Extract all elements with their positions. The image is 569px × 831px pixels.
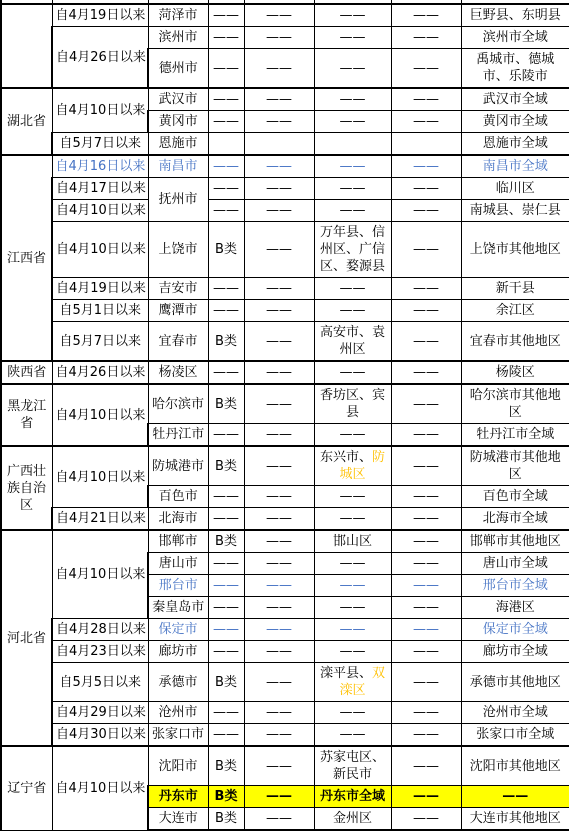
cell-col7: —— xyxy=(391,786,461,808)
cell-date: 自4月26日以来 xyxy=(52,27,148,89)
cell-counties: —— xyxy=(314,597,391,619)
cell-counties: —— xyxy=(314,278,391,300)
table-row: 自4月30日以来张家口市————————张家口市全域 xyxy=(1,724,569,747)
cell-city: 德州市 xyxy=(148,49,208,89)
cell-date: 自4月21日以来 xyxy=(52,508,148,531)
cell-counties: —— xyxy=(314,553,391,575)
cell-counties: 滦平县、双滦区 xyxy=(314,663,391,702)
table-row: 自5月1日以来鹰潭市————————余江区 xyxy=(1,300,569,322)
cell-province: 江西省 xyxy=(1,155,52,361)
cell-category: —— xyxy=(208,88,244,111)
cell-col7: —— xyxy=(391,724,461,747)
table-row: 自4月23日以来廊坊市————————廊坊市全域 xyxy=(1,641,569,663)
cell-counties: 丹东市全域 xyxy=(314,786,391,808)
cell-region: 滨州市全域 xyxy=(461,27,569,49)
cell-city: 保定市 xyxy=(148,619,208,641)
cell-counties: —— xyxy=(314,486,391,508)
cell-col5: —— xyxy=(244,446,314,486)
cell-category xyxy=(208,133,244,156)
cell-col5: —— xyxy=(244,200,314,222)
cell-city: 吉安市 xyxy=(148,278,208,300)
cell-counties: —— xyxy=(314,155,391,178)
cell-city: 沈阳市 xyxy=(148,746,208,786)
cell-col7: —— xyxy=(391,278,461,300)
cell-date: 自4月10日以来 xyxy=(52,746,148,830)
cell-city: 邯郸市 xyxy=(148,530,208,553)
cell-date: 自4月10日以来 xyxy=(52,222,148,278)
cell-region: 张家口市全域 xyxy=(461,724,569,747)
cell-date: 自5月1日以来 xyxy=(52,300,148,322)
text-segment: 滦平县、 xyxy=(320,666,372,681)
cell-counties: —— xyxy=(314,702,391,724)
cell-region: 保定市全域 xyxy=(461,619,569,641)
cell-region: —— xyxy=(461,786,569,808)
cell-region: 唐山市全域 xyxy=(461,553,569,575)
risk-area-table: 自4月19日以来菏泽市————————巨野县、东明县自4月26日以来滨州市———… xyxy=(0,0,569,831)
cell-counties: 金州区 xyxy=(314,808,391,831)
cell-category: —— xyxy=(208,575,244,597)
cell-region: 防城港市其他地区 xyxy=(461,446,569,486)
cell-category: —— xyxy=(208,278,244,300)
cell-city: 廊坊市 xyxy=(148,641,208,663)
cell-city: 南昌市 xyxy=(148,155,208,178)
cell-city: 防城港市 xyxy=(148,446,208,486)
cell-region: 百色市全域 xyxy=(461,486,569,508)
table-row: 辽宁省自4月10日以来沈阳市B类——苏家屯区、新民市——沈阳市其他地区 xyxy=(1,746,569,786)
cell-col5: —— xyxy=(244,746,314,786)
cell-col5: —— xyxy=(244,222,314,278)
table-row: 自4月10日以来————————南城县、崇仁县 xyxy=(1,200,569,222)
cell-region: 南昌市全域 xyxy=(461,155,569,178)
cell-col7: —— xyxy=(391,222,461,278)
cell-region: 余江区 xyxy=(461,300,569,322)
cell-col7: —— xyxy=(391,808,461,831)
cell-col7: —— xyxy=(391,530,461,553)
cell-category: —— xyxy=(208,4,244,27)
cell-city: 武汉市 xyxy=(148,88,208,111)
cell-col5: —— xyxy=(244,424,314,447)
cell-counties: 高安市、袁州区 xyxy=(314,322,391,362)
table-row: 自4月19日以来吉安市————————新干县 xyxy=(1,278,569,300)
cell-region: 新干县 xyxy=(461,278,569,300)
table-row: 自4月26日以来滨州市————————滨州市全域 xyxy=(1,27,569,49)
cell-category: —— xyxy=(208,178,244,200)
cell-category: —— xyxy=(208,641,244,663)
cell-col5: —— xyxy=(244,4,314,27)
cell-col5: —— xyxy=(244,322,314,362)
cell-counties: —— xyxy=(314,88,391,111)
cell-col5: —— xyxy=(244,27,314,49)
cell-date: 自4月30日以来 xyxy=(52,724,148,747)
cell-col7: —— xyxy=(391,4,461,27)
cell-date: 自4月17日以来 xyxy=(52,178,148,200)
cell-region: 临川区 xyxy=(461,178,569,200)
cell-date: 自4月10日以来 xyxy=(52,446,148,508)
cell-category: —— xyxy=(208,619,244,641)
cell-region: 禹城市、德城市、乐陵市 xyxy=(461,49,569,89)
table-row: 自4月29日以来沧州市————————沧州市全域 xyxy=(1,702,569,724)
cell-category: —— xyxy=(208,361,244,384)
cell-counties: 万年县、信州区、广信区、婺源县 xyxy=(314,222,391,278)
cell-category: —— xyxy=(208,724,244,747)
table-row: 自5月5日以来承德市B类——滦平县、双滦区——承德市其他地区 xyxy=(1,663,569,702)
cell-col7: —— xyxy=(391,553,461,575)
cell-region: 恩施市全域 xyxy=(461,133,569,156)
cell-date: 自5月5日以来 xyxy=(52,663,148,702)
table-row: 自5月7日以来宜春市B类——高安市、袁州区——宜春市其他地区 xyxy=(1,322,569,362)
cell-date: 自4月19日以来 xyxy=(52,4,148,27)
cell-category: B类 xyxy=(208,384,244,424)
cell-col7: —— xyxy=(391,27,461,49)
cell-category: —— xyxy=(208,155,244,178)
cell-category: —— xyxy=(208,597,244,619)
cell-col7: —— xyxy=(391,702,461,724)
cell-date: 自4月28日以来 xyxy=(52,619,148,641)
cell-col5: —— xyxy=(244,49,314,89)
cell-region: 沈阳市其他地区 xyxy=(461,746,569,786)
cell-region: 南城县、崇仁县 xyxy=(461,200,569,222)
cell-city: 张家口市 xyxy=(148,724,208,747)
cell-city: 滨州市 xyxy=(148,27,208,49)
cell-counties: —— xyxy=(314,300,391,322)
cell-col5: —— xyxy=(244,278,314,300)
cell-date: 自4月23日以来 xyxy=(52,641,148,663)
cell-col5: —— xyxy=(244,597,314,619)
cell-city: 秦皇岛市 xyxy=(148,597,208,619)
cell-category: —— xyxy=(208,424,244,447)
table-row: 湖北省自4月10日以来武汉市————————武汉市全域 xyxy=(1,88,569,111)
cell-col5: —— xyxy=(244,508,314,531)
table-row: 自4月28日以来保定市————————保定市全域 xyxy=(1,619,569,641)
cell-category: —— xyxy=(208,508,244,531)
table-row: 江西省自4月16日以来南昌市————————南昌市全域 xyxy=(1,155,569,178)
cell-col5: —— xyxy=(244,702,314,724)
cell-city: 黄冈市 xyxy=(148,111,208,133)
cell-date: 自4月10日以来 xyxy=(52,530,148,619)
cell-date: 自4月16日以来 xyxy=(52,155,148,178)
cell-col7 xyxy=(391,133,461,156)
table-row: 自5月7日以来恩施市恩施市全域 xyxy=(1,133,569,156)
cell-region: 宜春市其他地区 xyxy=(461,322,569,362)
cell-city: 牡丹江市 xyxy=(148,424,208,447)
cell-col5: —— xyxy=(244,111,314,133)
cell-col7: —— xyxy=(391,178,461,200)
cell-col5: —— xyxy=(244,786,314,808)
cell-city: 哈尔滨市 xyxy=(148,384,208,424)
cell-category: B类 xyxy=(208,322,244,362)
cell-col5: —— xyxy=(244,155,314,178)
cell-col5: —— xyxy=(244,88,314,111)
cell-category: —— xyxy=(208,27,244,49)
cell-date: 自4月29日以来 xyxy=(52,702,148,724)
cell-counties: —— xyxy=(314,49,391,89)
table-row: 广西壮族自治区自4月10日以来防城港市B类——东兴市、防城区——防城港市其他地区 xyxy=(1,446,569,486)
cell-category: B类 xyxy=(208,808,244,831)
cell-category: B类 xyxy=(208,786,244,808)
cell-counties: 邯山区 xyxy=(314,530,391,553)
cell-col7: —— xyxy=(391,619,461,641)
cell-col5: —— xyxy=(244,486,314,508)
cell-counties: 苏家屯区、新民市 xyxy=(314,746,391,786)
cell-region: 杨陵区 xyxy=(461,361,569,384)
table-row: 河北省自4月10日以来邯郸市B类——邯山区——邯郸市其他地区 xyxy=(1,530,569,553)
cell-category: —— xyxy=(208,553,244,575)
cell-col5: —— xyxy=(244,724,314,747)
cell-city: 北海市 xyxy=(148,508,208,531)
cell-col7: —— xyxy=(391,361,461,384)
cell-counties: —— xyxy=(314,27,391,49)
cell-city: 沧州市 xyxy=(148,702,208,724)
cell-category: B类 xyxy=(208,663,244,702)
cell-counties: —— xyxy=(314,619,391,641)
cell-region: 上饶市其他地区 xyxy=(461,222,569,278)
cell-region: 承德市其他地区 xyxy=(461,663,569,702)
cell-region: 廊坊市全域 xyxy=(461,641,569,663)
cell-category: B类 xyxy=(208,222,244,278)
cell-category: B类 xyxy=(208,530,244,553)
cell-city: 抚州市 xyxy=(148,178,208,222)
cell-col5: —— xyxy=(244,384,314,424)
cell-col7: —— xyxy=(391,746,461,786)
cell-province: 湖北省 xyxy=(1,88,52,155)
table-row: 黑龙江省自4月10日以来哈尔滨市B类——香坊区、宾县——哈尔滨市其他地区 xyxy=(1,384,569,424)
cell-counties: —— xyxy=(314,4,391,27)
cell-category: —— xyxy=(208,702,244,724)
cell-col5: —— xyxy=(244,530,314,553)
cell-province: 辽宁省 xyxy=(1,746,52,830)
cell-col7: —— xyxy=(391,88,461,111)
cell-col5: —— xyxy=(244,641,314,663)
cell-counties: —— xyxy=(314,361,391,384)
cell-city: 大连市 xyxy=(148,808,208,831)
cell-col7: —— xyxy=(391,486,461,508)
cell-region: 大连市其他地区 xyxy=(461,808,569,831)
cell-city: 唐山市 xyxy=(148,553,208,575)
cell-category: B类 xyxy=(208,446,244,486)
cell-counties: —— xyxy=(314,508,391,531)
cell-city: 丹东市 xyxy=(148,786,208,808)
table-row: 自4月21日以来北海市————————北海市全域 xyxy=(1,508,569,531)
cell-region: 巨野县、东明县 xyxy=(461,4,569,27)
cell-date: 自4月10日以来 xyxy=(52,200,148,222)
cell-date: 自4月10日以来 xyxy=(52,88,148,133)
cell-col5: —— xyxy=(244,575,314,597)
cell-col7: —— xyxy=(391,575,461,597)
cell-date: 自5月7日以来 xyxy=(52,322,148,362)
cell-province: 黑龙江省 xyxy=(1,384,52,446)
cell-city: 邢台市 xyxy=(148,575,208,597)
cell-col5: —— xyxy=(244,808,314,831)
table-body: 自4月19日以来菏泽市————————巨野县、东明县自4月26日以来滨州市———… xyxy=(1,0,569,830)
cell-counties: 东兴市、防城区 xyxy=(314,446,391,486)
cell-region: 海港区 xyxy=(461,597,569,619)
cell-date: 自4月26日以来 xyxy=(52,361,148,384)
cell-date: 自4月19日以来 xyxy=(52,278,148,300)
cell-col7: —— xyxy=(391,200,461,222)
cell-col7: —— xyxy=(391,424,461,447)
cell-col7: —— xyxy=(391,300,461,322)
cell-col7: —— xyxy=(391,384,461,424)
cell-region: 北海市全域 xyxy=(461,508,569,531)
cell-col7: —— xyxy=(391,663,461,702)
cell-province xyxy=(1,4,52,88)
cell-category: —— xyxy=(208,300,244,322)
cell-region: 邢台市全域 xyxy=(461,575,569,597)
cell-category: —— xyxy=(208,486,244,508)
cell-region: 哈尔滨市其他地区 xyxy=(461,384,569,424)
cell-category: —— xyxy=(208,200,244,222)
cell-counties xyxy=(314,133,391,156)
cell-region: 牡丹江市全域 xyxy=(461,424,569,447)
cell-col7: —— xyxy=(391,155,461,178)
cell-city: 宜春市 xyxy=(148,322,208,362)
cell-col5: —— xyxy=(244,178,314,200)
cell-region: 黄冈市全域 xyxy=(461,111,569,133)
cell-region: 沧州市全域 xyxy=(461,702,569,724)
cell-col5: —— xyxy=(244,553,314,575)
table-row: 自4月19日以来菏泽市————————巨野县、东明县 xyxy=(1,4,569,27)
cell-col7: —— xyxy=(391,446,461,486)
cell-date: 自4月10日以来 xyxy=(52,384,148,446)
cell-city: 百色市 xyxy=(148,486,208,508)
cell-col5: —— xyxy=(244,300,314,322)
text-segment: 东兴市、 xyxy=(320,450,372,465)
cell-counties: —— xyxy=(314,724,391,747)
cell-category: B类 xyxy=(208,746,244,786)
table-row: 陕西省自4月26日以来杨凌区————————杨陵区 xyxy=(1,361,569,384)
cell-region: 武汉市全域 xyxy=(461,88,569,111)
cell-counties: 香坊区、宾县 xyxy=(314,384,391,424)
cell-province: 广西壮族自治区 xyxy=(1,446,52,530)
cell-date: 自5月7日以来 xyxy=(52,133,148,156)
cell-col5 xyxy=(244,133,314,156)
cell-city: 承德市 xyxy=(148,663,208,702)
table-row: 自4月10日以来上饶市B类——万年县、信州区、广信区、婺源县——上饶市其他地区 xyxy=(1,222,569,278)
cell-city: 鹰潭市 xyxy=(148,300,208,322)
cell-counties: —— xyxy=(314,641,391,663)
table-row: 自4月17日以来抚州市————————临川区 xyxy=(1,178,569,200)
cell-category: —— xyxy=(208,111,244,133)
cell-col7: —— xyxy=(391,641,461,663)
cell-col5: —— xyxy=(244,361,314,384)
cell-counties: —— xyxy=(314,424,391,447)
cell-col7: —— xyxy=(391,508,461,531)
cell-col5: —— xyxy=(244,663,314,702)
cell-region: 邯郸市其他地区 xyxy=(461,530,569,553)
cell-counties: —— xyxy=(314,111,391,133)
cell-col7: —— xyxy=(391,322,461,362)
cell-province: 陕西省 xyxy=(1,361,52,384)
cell-city: 杨凌区 xyxy=(148,361,208,384)
cell-counties: —— xyxy=(314,200,391,222)
cell-col7: —— xyxy=(391,49,461,89)
cell-counties: —— xyxy=(314,178,391,200)
cell-province: 河北省 xyxy=(1,530,52,746)
cell-col5: —— xyxy=(244,619,314,641)
cell-col7: —— xyxy=(391,597,461,619)
cell-city: 恩施市 xyxy=(148,133,208,156)
cell-city: 菏泽市 xyxy=(148,4,208,27)
cell-city: 上饶市 xyxy=(148,222,208,278)
cell-col7: —— xyxy=(391,111,461,133)
cell-category: —— xyxy=(208,49,244,89)
cell-counties: —— xyxy=(314,575,391,597)
